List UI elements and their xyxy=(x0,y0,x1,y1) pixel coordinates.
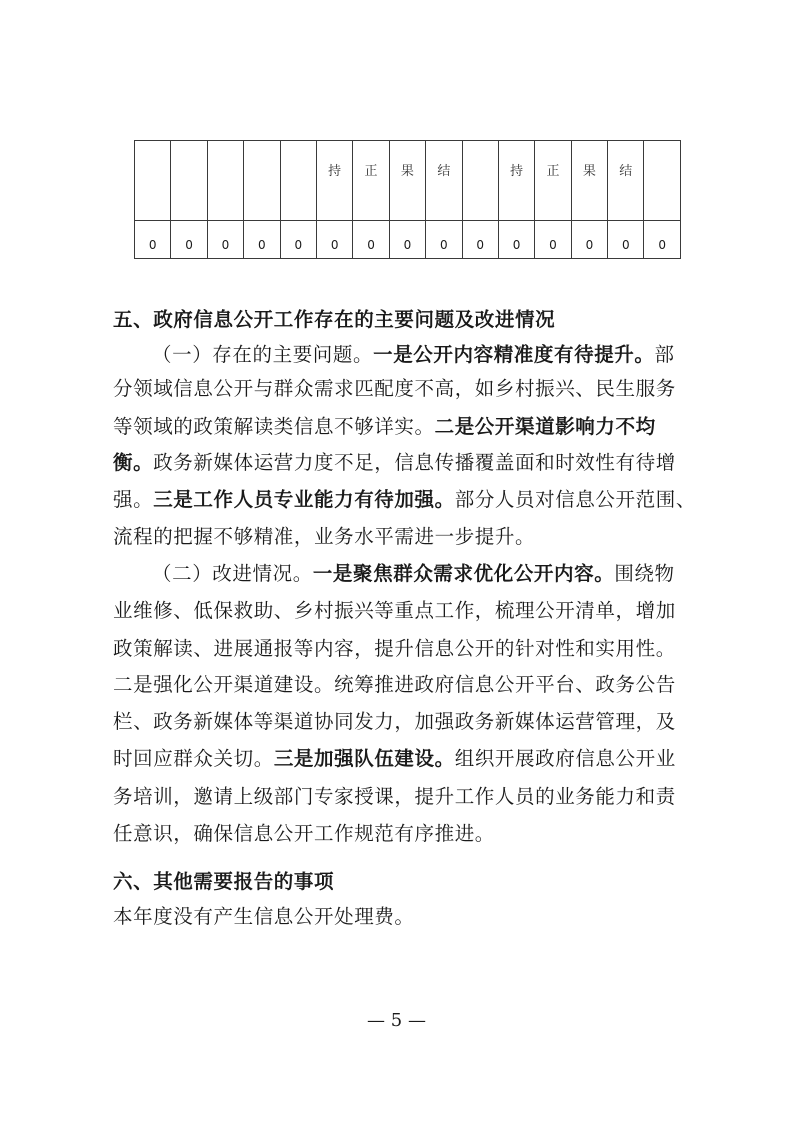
text-run: 时回应群众关切。 xyxy=(113,747,274,770)
paragraph-line: 二是强化公开渠道建设。统筹推进政府信息公开平台、政务公告 xyxy=(113,669,693,701)
text-run: （二）改进情况。 xyxy=(152,562,313,585)
value-cell-text: 0 xyxy=(390,238,425,252)
table-value-cell: 0 xyxy=(644,221,680,259)
value-cell-text: 0 xyxy=(135,238,170,252)
header-cell-text: 正 xyxy=(353,160,388,179)
table-value-cell: 0 xyxy=(171,221,207,259)
table-header-cell: 正 xyxy=(535,141,571,221)
table-header-cell xyxy=(644,141,680,221)
text-run: 部 xyxy=(655,343,675,366)
table-value-cell: 0 xyxy=(498,221,534,259)
table-value-row: 000000000000000 xyxy=(135,221,681,259)
header-cell-text: 结 xyxy=(426,160,461,179)
paragraph-line: 强。三是工作人员专业能力有待加强。部分人员对信息公开范围、 xyxy=(113,484,693,516)
bold-phrase: 一是公开内容精准度有待提升。 xyxy=(373,343,654,366)
table-value-cell: 0 xyxy=(353,221,389,259)
value-cell-text: 0 xyxy=(353,238,388,252)
value-cell-text: 0 xyxy=(499,238,534,252)
section5-heading: 五、政府信息公开工作存在的主要问题及改进情况 xyxy=(113,304,693,336)
table-value-cell: 0 xyxy=(462,221,498,259)
value-cell-text: 0 xyxy=(426,238,461,252)
bold-phrase: 三是加强队伍建设。 xyxy=(274,747,455,770)
paragraph-line: 衡。政务新媒体运营力度不足，信息传播覆盖面和时效性有待增 xyxy=(113,447,693,479)
table-header-cell xyxy=(135,141,171,221)
table-value-cell: 0 xyxy=(426,221,462,259)
table-value-cell: 0 xyxy=(207,221,243,259)
header-cell-text: 正 xyxy=(535,160,570,179)
text-run: 二是强化公开渠道建设。统筹推进政府信息公开平台、政务公告 xyxy=(113,673,676,696)
table-value-cell: 0 xyxy=(389,221,425,259)
table-value-cell: 0 xyxy=(280,221,316,259)
table-header-cell: 结 xyxy=(426,141,462,221)
table-value-cell: 0 xyxy=(571,221,607,259)
value-cell-text: 0 xyxy=(608,238,643,252)
statistics-table: 持正果结持正果结 000000000000000 xyxy=(134,140,681,259)
table-header-cell: 结 xyxy=(608,141,644,221)
header-cell-text: 果 xyxy=(390,160,425,179)
paragraph-line: 政策解读、进展通报等内容，提升信息公开的针对性和实用性。 xyxy=(113,633,693,665)
text-run: 组织开展政府信息公开业 xyxy=(455,747,676,770)
paragraph-line: （二）改进情况。一是聚焦群众需求优化公开内容。围绕物 xyxy=(113,558,732,590)
text-run: 围绕物 xyxy=(614,562,674,585)
section6-heading: 六、其他需要报告的事项 xyxy=(113,866,693,898)
table-header-row: 持正果结持正果结 xyxy=(135,141,681,221)
table-header-cell xyxy=(171,141,207,221)
table-header-cell: 果 xyxy=(571,141,607,221)
value-cell-text: 0 xyxy=(644,238,679,252)
table-value-cell: 0 xyxy=(244,221,280,259)
paragraph-line: 栏、政务新媒体等渠道协同发力，加强政务新媒体运营管理，及 xyxy=(113,706,693,738)
value-cell-text: 0 xyxy=(208,238,243,252)
paragraph-line: 任意识，确保信息公开工作规范有序推进。 xyxy=(113,818,693,850)
header-cell-text: 结 xyxy=(608,160,643,179)
bold-phrase: 衡。 xyxy=(113,451,153,474)
bold-phrase: 二是公开渠道影响力不均 xyxy=(435,415,656,438)
text-run: （一）存在的主要问题。 xyxy=(152,343,373,366)
table-header-cell: 持 xyxy=(316,141,352,221)
text-run: 务培训，邀请上级部门专家授课，提升工作人员的业务能力和责 xyxy=(113,785,676,808)
table-header-cell xyxy=(244,141,280,221)
table-value-cell: 0 xyxy=(316,221,352,259)
paragraph-line: 流程的把握不够精准，业务水平需进一步提升。 xyxy=(113,521,693,553)
table-value-cell: 0 xyxy=(535,221,571,259)
value-cell-text: 0 xyxy=(281,238,316,252)
value-cell-text: 0 xyxy=(463,238,498,252)
value-cell-text: 0 xyxy=(171,238,206,252)
table-header-cell: 果 xyxy=(389,141,425,221)
text-run: 流程的把握不够精准，业务水平需进一步提升。 xyxy=(113,525,535,548)
text-run: 政策解读、进展通报等内容，提升信息公开的针对性和实用性。 xyxy=(113,637,676,660)
table-header-cell xyxy=(280,141,316,221)
table-header-cell xyxy=(207,141,243,221)
paragraph-line: 等领域的政策解读类信息不够详实。二是公开渠道影响力不均 xyxy=(113,411,693,443)
text-run: 任意识，确保信息公开工作规范有序推进。 xyxy=(113,822,495,845)
value-cell-text: 0 xyxy=(572,238,607,252)
paragraph-line: 业维修、低保救助、乡村振兴等重点工作，梳理公开清单，增加 xyxy=(113,595,693,627)
text-run: 等领域的政策解读类信息不够详实。 xyxy=(113,415,435,438)
text-run: 分领域信息公开与群众需求匹配度不高，如乡村振兴、民生服务 xyxy=(113,377,676,400)
paragraph-line: 务培训，邀请上级部门专家授课，提升工作人员的业务能力和责 xyxy=(113,781,693,813)
text-run: 政务新媒体运营力度不足，信息传播覆盖面和时效性有待增 xyxy=(153,451,676,474)
table-value-cell: 0 xyxy=(608,221,644,259)
header-cell-text: 果 xyxy=(572,160,607,179)
table-value-cell: 0 xyxy=(135,221,171,259)
header-cell-text: 持 xyxy=(317,160,352,179)
text-run: 部分人员对信息公开范围、 xyxy=(455,488,696,511)
page-number: — 5 — xyxy=(0,1010,793,1031)
paragraph-line: 分领域信息公开与群众需求匹配度不高，如乡村振兴、民生服务 xyxy=(113,373,693,405)
bold-phrase: 一是聚焦群众需求优化公开内容。 xyxy=(313,562,615,585)
value-cell-text: 0 xyxy=(244,238,279,252)
value-cell-text: 0 xyxy=(535,238,570,252)
header-cell-text: 持 xyxy=(499,160,534,179)
table-header-cell: 持 xyxy=(498,141,534,221)
table-header-cell: 正 xyxy=(353,141,389,221)
value-cell-text: 0 xyxy=(317,238,352,252)
text-run: 栏、政务新媒体等渠道协同发力，加强政务新媒体运营管理，及 xyxy=(113,710,676,733)
table-header-cell xyxy=(462,141,498,221)
text-run: 强。 xyxy=(113,488,153,511)
bold-phrase: 三是工作人员专业能力有待加强。 xyxy=(153,488,455,511)
text-run: 业维修、低保救助、乡村振兴等重点工作，梳理公开清单，增加 xyxy=(113,599,676,622)
paragraph-line: 时回应群众关切。三是加强队伍建设。组织开展政府信息公开业 xyxy=(113,743,693,775)
section6-body: 本年度没有产生信息公开处理费。 xyxy=(113,901,693,933)
paragraph-line: （一）存在的主要问题。一是公开内容精准度有待提升。部 xyxy=(113,339,732,371)
